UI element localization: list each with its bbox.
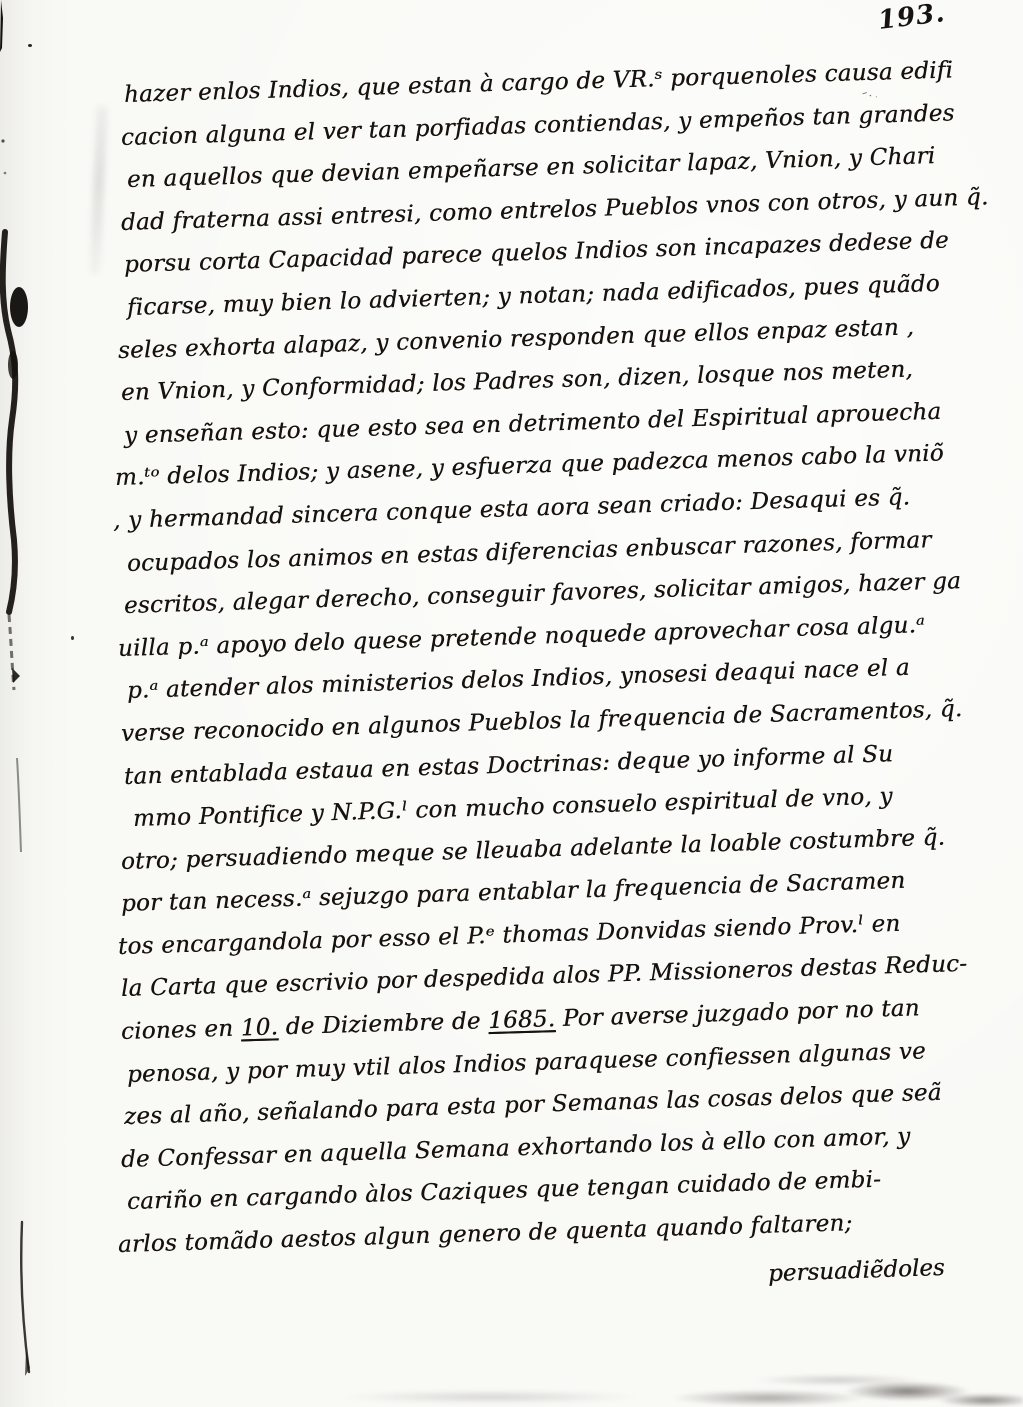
ink-speck [28, 44, 32, 47]
underlined-date: 10. [240, 1014, 278, 1041]
bottom-smudge-light [280, 1382, 700, 1407]
line-segment: ciones en [121, 1016, 242, 1046]
ink-speck [71, 636, 74, 640]
line-segment: Por averse juzgado por no tan [555, 995, 920, 1032]
page-number: 193. [876, 0, 946, 36]
text-block: hazer enlos Indios, que estan à cargo de… [121, 74, 933, 1267]
line-segment: de Diziembre de [278, 1008, 489, 1040]
underlined-date: 1685. [488, 1006, 556, 1034]
catchword: persuadiẽdoles [768, 1255, 946, 1287]
binding-edge-artifacts [0, 0, 60, 1407]
paper-crease-mark [89, 106, 107, 274]
manuscript-page: 193. hazer enlos Indios, que estan à car… [0, 0, 1023, 1407]
